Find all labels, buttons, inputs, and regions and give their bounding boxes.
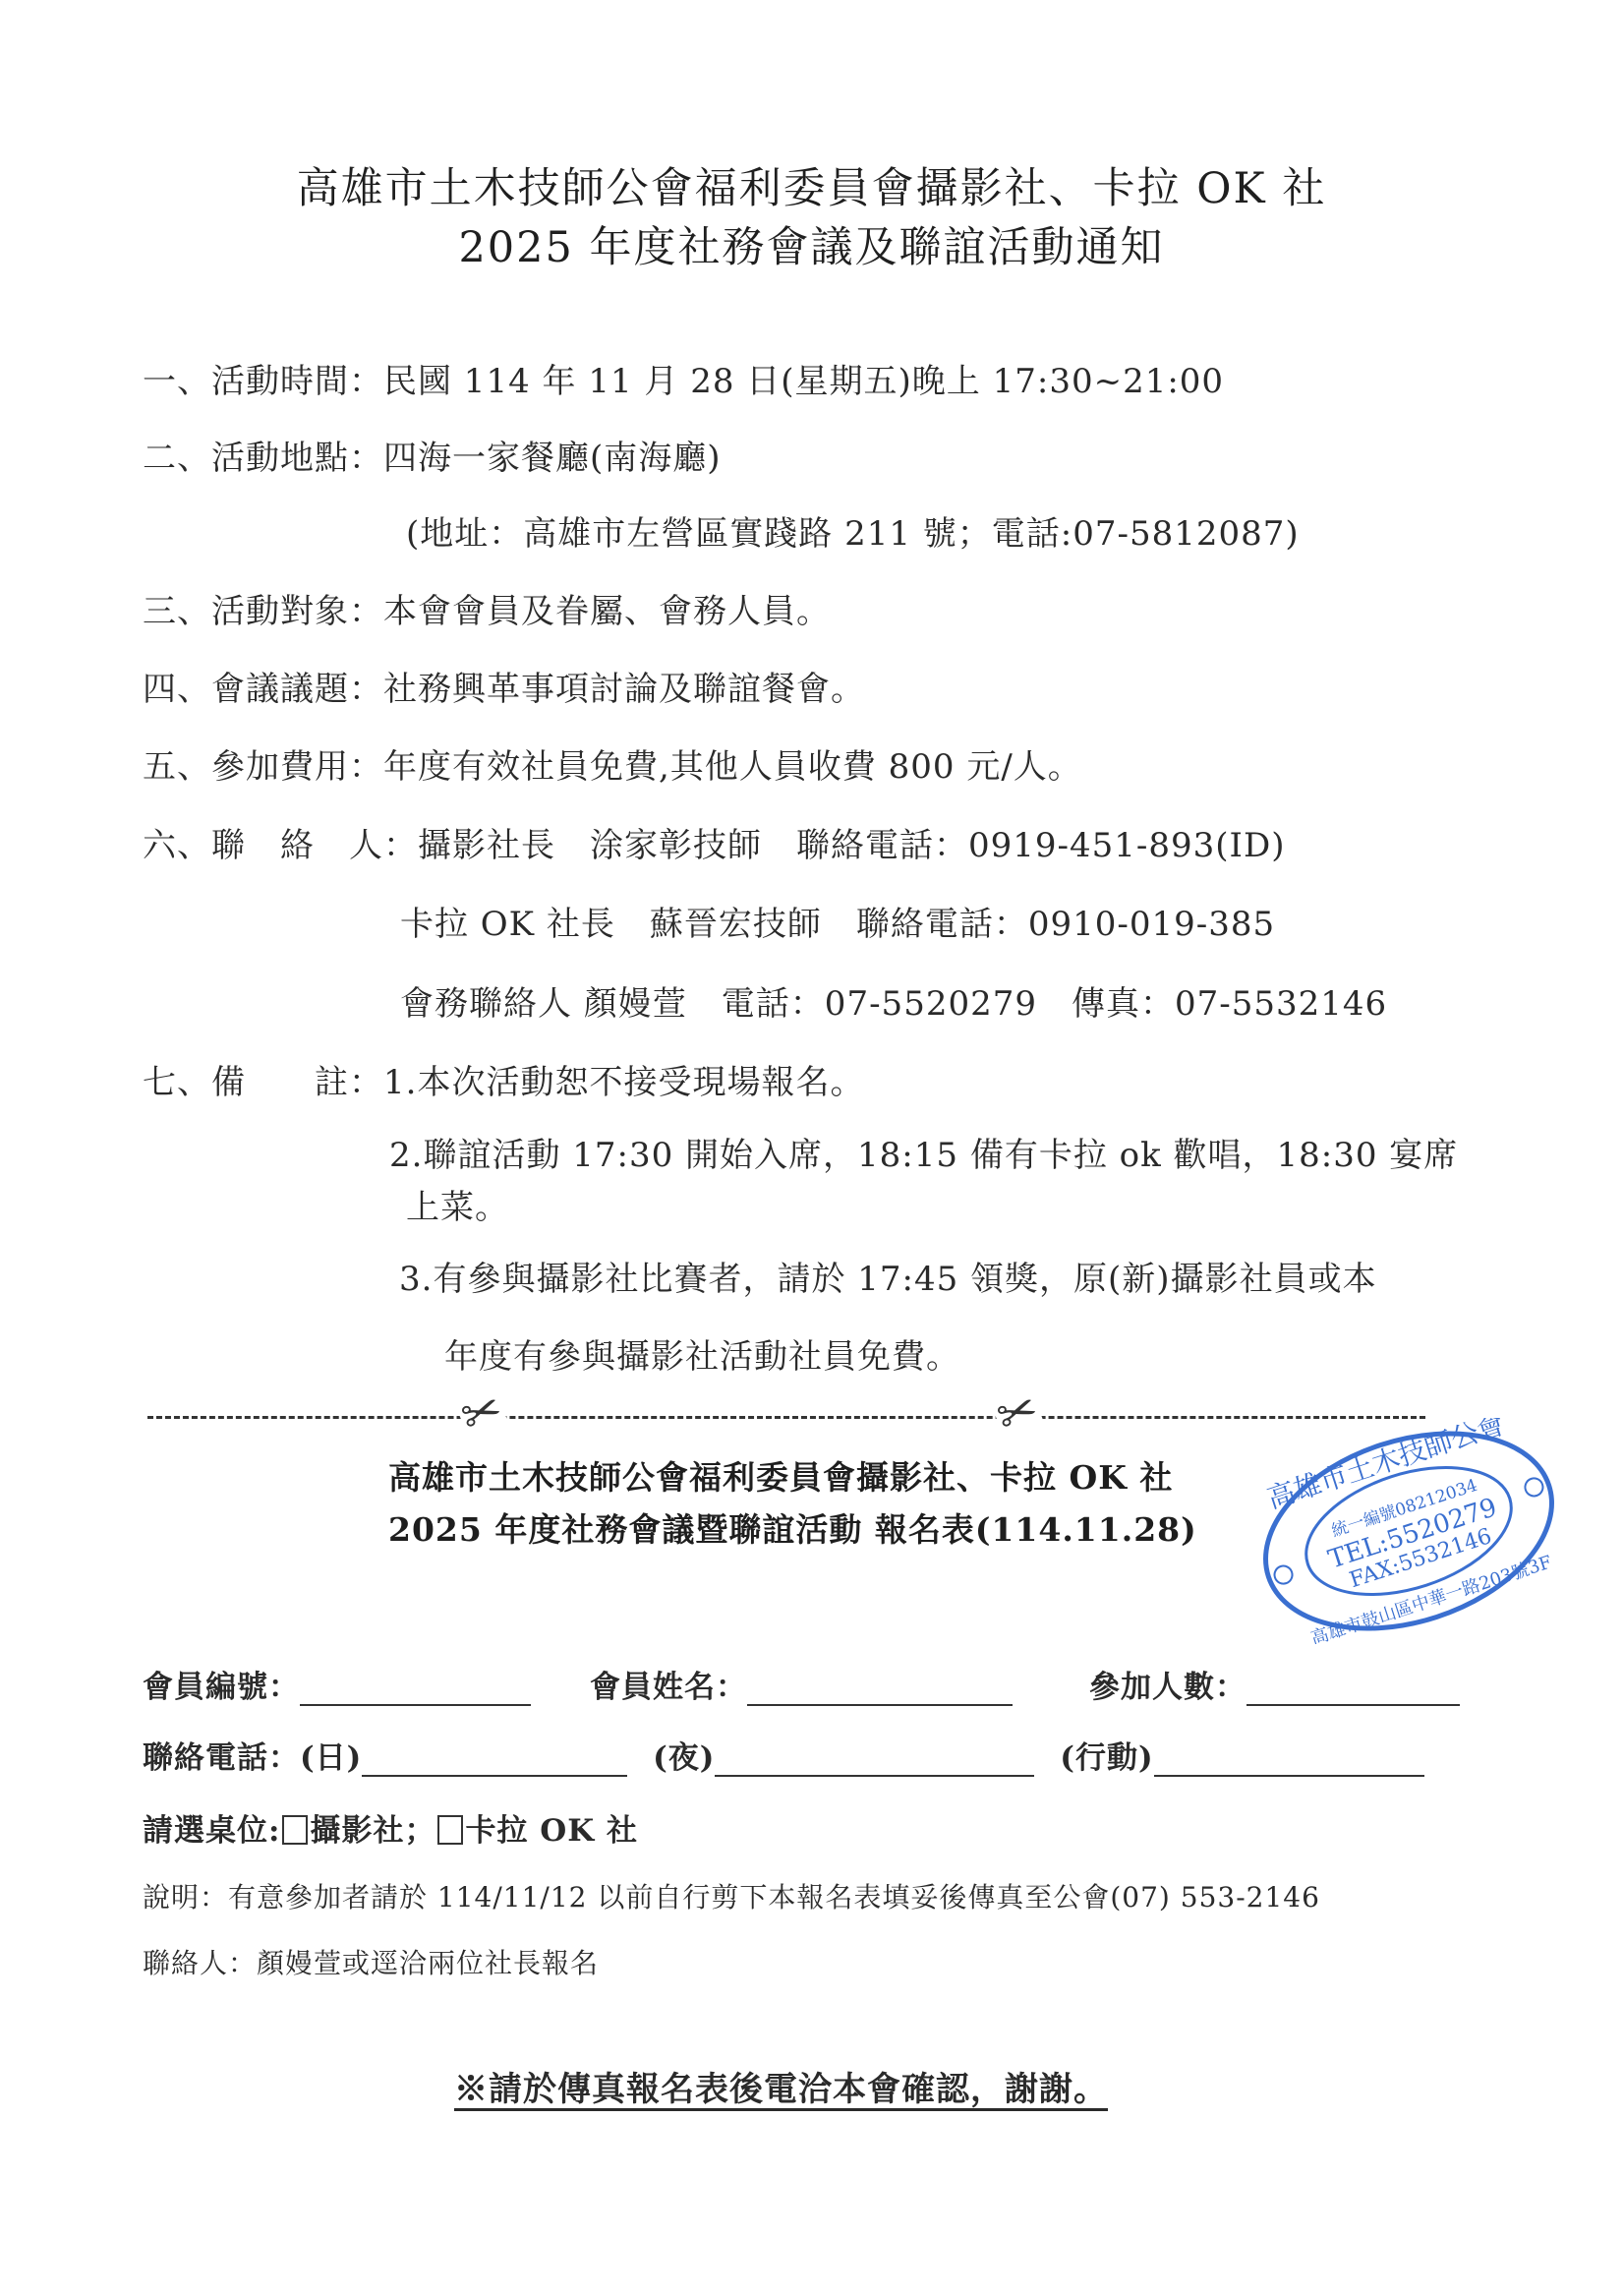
remark-2: 2.聯誼活動 17:30 開始入席，18:15 備有卡拉 ok 歡唱，18:30… xyxy=(389,1128,1458,1176)
attendee-count-input[interactable] xyxy=(1246,1675,1460,1706)
location-address: (地址：高雄市左營區實踐路 211 號；電話:07-5812087) xyxy=(406,506,1300,555)
form-title-line2: 2025 年度社務會議暨聯誼活動 報名表(114.11.28) xyxy=(388,1504,1197,1551)
item-label: 七、備 註： xyxy=(143,1055,383,1103)
item-activity-location: 二、活動地點：四海一家餐廳(南海廳) xyxy=(143,431,722,479)
item-activity-time: 一、活動時間：民國 114 年 11 月 28 日(星期五)晚上 17:30~2… xyxy=(143,354,1224,402)
member-number-input[interactable] xyxy=(300,1675,531,1706)
item-label: 五、參加費用： xyxy=(143,739,383,788)
photo-club-checkbox[interactable] xyxy=(282,1815,308,1845)
attendee-count-field[interactable]: 參加人數： xyxy=(1089,1662,1460,1706)
item-value: 四海一家餐廳(南海廳) xyxy=(383,439,722,478)
item-value: 年度有效社員免費,其他人員收費 800 元/人。 xyxy=(383,747,1082,787)
remark-2-cont: 上菜。 xyxy=(406,1180,509,1228)
item-label: 二、活動地點： xyxy=(143,431,383,479)
notice-title-line1: 高雄市土木技師公會福利委員會攝影社、卡拉 OK 社 xyxy=(0,155,1623,215)
remark-3-cont: 年度有參與攝影社活動社員免費。 xyxy=(444,1329,960,1378)
item-remarks: 七、備 註：1.本次活動恕不接受現場報名。 xyxy=(143,1055,864,1103)
cut-line-divider xyxy=(147,1416,1425,1419)
karaoke-club-checkbox[interactable] xyxy=(437,1815,463,1845)
phone-mobile-input[interactable] xyxy=(1154,1745,1424,1777)
seat-label: 請選桌位: xyxy=(143,1813,280,1849)
contact-photo-club: 攝影社長 涂家彰技師 聯絡電話：0919-451-893(ID) xyxy=(418,826,1286,865)
item-fee: 五、參加費用：年度有效社員免費,其他人員收費 800 元/人。 xyxy=(143,739,1082,788)
seat-selection: 請選桌位:攝影社；卡拉 OK 社 xyxy=(143,1805,638,1850)
confirmation-note: ※請於傳真報名表後電洽本會確認，謝謝。 xyxy=(454,2062,1108,2110)
member-number-field[interactable]: 會員編號： xyxy=(143,1662,531,1706)
remark-3: 3.有參與攝影社比賽者，請於 17:45 領獎，原(新)攝影社員或本 xyxy=(399,1252,1377,1300)
item-value: 民國 114 年 11 月 28 日(星期五)晚上 17:30~21:00 xyxy=(383,362,1224,401)
field-label: 會員姓名： xyxy=(590,1670,747,1705)
scissors-icon: ✂ xyxy=(453,1383,510,1442)
association-seal-stamp: 高雄市土木技師公會 高雄市鼓山區中華一路203號3F 統一編號08212034 … xyxy=(1246,1418,1571,1644)
item-contact: 六、聯 絡 人：攝影社長 涂家彰技師 聯絡電話：0919-451-893(ID) xyxy=(143,818,1286,866)
phone-day-label: (日) xyxy=(300,1740,362,1776)
phone-label: 聯絡電話： xyxy=(143,1740,300,1776)
contact-note: 聯絡人：顏嫚萱或逕洽兩位社長報名 xyxy=(143,1942,599,1981)
item-meeting-topic: 四、會議議題：社務興革事項討論及聯誼餐會。 xyxy=(143,662,865,710)
notice-title-line2: 2025 年度社務會議及聯誼活動通知 xyxy=(0,214,1623,274)
item-value: 本會會員及眷屬、會務人員。 xyxy=(383,592,831,631)
separator: ； xyxy=(404,1813,435,1849)
phone-night-input[interactable] xyxy=(715,1745,1034,1777)
item-label: 三、活動對象： xyxy=(143,584,383,632)
item-label: 四、會議議題： xyxy=(143,662,383,710)
photo-club-option: 攝影社 xyxy=(310,1813,404,1849)
item-value: 社務興革事項討論及聯誼餐會。 xyxy=(383,670,865,709)
phone-row: 聯絡電話：(日) (夜) (行動) xyxy=(143,1733,1424,1777)
instructions-text: 說明：有意參加者請於 114/11/12 以前自行剪下本報名表填妥後傳真至公會(… xyxy=(143,1876,1320,1915)
phone-day-input[interactable] xyxy=(362,1745,627,1777)
form-title-line1: 高雄市土木技師公會福利委員會攝影社、卡拉 OK 社 xyxy=(388,1452,1173,1499)
item-target-audience: 三、活動對象：本會會員及眷屬、會務人員。 xyxy=(143,584,831,632)
scissors-icon: ✂ xyxy=(989,1383,1046,1442)
field-label: 參加人數： xyxy=(1089,1670,1246,1705)
phone-night-label: (夜) xyxy=(653,1740,715,1776)
contact-karaoke-club: 卡拉 OK 社長 蘇晉宏技師 聯絡電話：0910-019-385 xyxy=(400,897,1275,945)
phone-mobile-label: (行動) xyxy=(1060,1740,1153,1776)
member-name-input[interactable] xyxy=(747,1675,1013,1706)
item-label: 一、活動時間： xyxy=(143,354,383,402)
field-label: 會員編號： xyxy=(143,1670,300,1705)
item-label: 六、聯 絡 人： xyxy=(143,818,418,866)
contact-staff: 會務聯絡人 顏嫚萱 電話：07-5520279 傳真：07-5532146 xyxy=(400,976,1387,1025)
remark-1: 1.本次活動恕不接受現場報名。 xyxy=(383,1063,864,1102)
member-name-field[interactable]: 會員姓名： xyxy=(590,1662,1013,1706)
karaoke-club-option: 卡拉 OK 社 xyxy=(465,1813,638,1849)
